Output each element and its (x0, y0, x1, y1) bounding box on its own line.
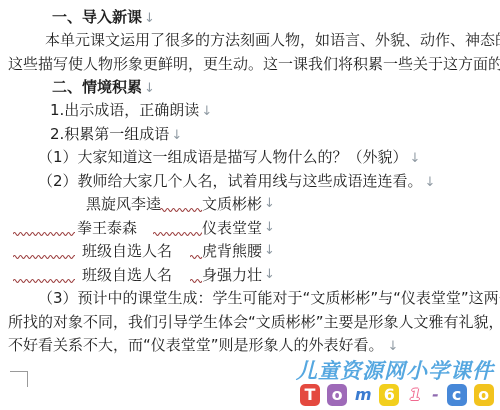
logo-letter-t: T (300, 384, 320, 406)
logo-dot: - (431, 384, 439, 406)
sub-item-3-line-1[interactable]: （3）预计中的课堂生成：学生可能对于“文质彬彬”与“仪表堂堂”这两个成语 (38, 289, 500, 307)
intro-paragraph-line-2[interactable]: 这些描写使人物形象更鲜明，更生动。这一课我们将积累一些关于这方面的成语。↓ (8, 55, 500, 75)
match-name: 拳王泰森 (77, 219, 137, 237)
paragraph-mark-icon: ↓ (144, 81, 155, 96)
heading-2-text: 二、情境积累 (52, 78, 142, 96)
section-heading-2[interactable]: 二、情境积累↓ (52, 78, 155, 98)
paragraph-mark-icon: ↓ (425, 175, 436, 190)
match-idiom: 身强力壮 (202, 266, 262, 284)
match-row-1[interactable]: 黑旋风李逵 文质彬彬 ↓ (0, 195, 500, 214)
match-idiom: 仪表堂堂 (202, 219, 262, 237)
sub-item-3-line-3[interactable]: 不好看关系不大，而“仪表堂堂”则是形象人的外表好看。↓ (8, 336, 398, 356)
paragraph-mark-icon: ↓ (171, 128, 182, 143)
watermark-logo: T o m 6 1 - c o m (300, 384, 500, 407)
match-name: 班级自选人名 (82, 266, 172, 284)
spellcheck-wavy-underline (13, 277, 75, 283)
sub-item-3-line-2[interactable]: 所找的对象不同，我们引导学生体会“文质彬彬”主要是形象人文雅有礼貌，与外貌好 (8, 313, 500, 331)
logo-letter-o1: o (327, 384, 347, 406)
paragraph-mark-icon: ↓ (388, 339, 399, 354)
paragraph-mark-icon: ↓ (264, 195, 275, 213)
body-text: （3）预计中的课堂生成：学生可能对于“文质彬彬”与“仪表堂堂”这两个成语 (38, 289, 500, 307)
logo-digit-1: 1 (406, 384, 424, 406)
match-row-2[interactable]: 拳王泰森 仪表堂堂 ↓ (0, 219, 500, 238)
logo-letter-c: c (447, 384, 467, 406)
intro-paragraph-line-1[interactable]: 本单元课文运用了很多的方法刻画人物，如语言、外貌、动作、神态的描写，通过 (45, 31, 500, 49)
match-idiom: 文质彬彬 (202, 195, 262, 213)
paragraph-mark-icon: ↓ (201, 104, 212, 119)
spellcheck-wavy-underline (190, 277, 202, 283)
body-text: 本单元课文运用了很多的方法刻画人物，如语言、外貌、动作、神态的描写，通过 (45, 31, 500, 49)
spellcheck-wavy-underline (13, 253, 75, 259)
watermark-site-name: 儿童资源网小学课件 (296, 355, 494, 385)
logo-digit-6: 6 (379, 384, 399, 406)
paragraph-mark-icon: ↓ (264, 242, 275, 260)
logo-letter-m1: m (354, 384, 372, 406)
section-heading-1[interactable]: 一、导入新课↓ (52, 8, 155, 28)
match-row-4[interactable]: 班级自选人名 身强力壮 ↓ (0, 266, 500, 285)
body-text: 1.出示成语，正确朗读 (50, 101, 199, 119)
match-row-3[interactable]: 班级自选人名 虎背熊腰 ↓ (0, 242, 500, 261)
document-page[interactable]: 一、导入新课↓ 本单元课文运用了很多的方法刻画人物，如语言、外貌、动作、神态的描… (0, 0, 500, 410)
body-text: 2.积累第一组成语 (50, 125, 169, 143)
heading-1-text: 一、导入新课 (52, 8, 142, 26)
body-text: （2）教师给大家几个人名，试着用线与这些成语连连看。 (38, 172, 423, 190)
text-boundary-corner-mark (10, 371, 28, 387)
body-text: 不好看关系不大，而“仪表堂堂”则是形象人的外表好看。 (8, 336, 384, 354)
paragraph-mark-icon: ↓ (410, 151, 421, 166)
paragraph-mark-icon: ↓ (264, 219, 275, 237)
spellcheck-wavy-underline (160, 206, 202, 212)
match-name: 班级自选人名 (82, 242, 172, 260)
match-idiom: 虎背熊腰 (202, 242, 262, 260)
paragraph-mark-icon: ↓ (144, 11, 155, 26)
spellcheck-wavy-underline (13, 230, 75, 236)
spellcheck-wavy-underline (190, 253, 202, 259)
logo-letter-o2: o (474, 384, 494, 406)
sub-item-2[interactable]: （2）教师给大家几个人名，试着用线与这些成语连连看。↓ (38, 172, 435, 192)
match-name: 黑旋风李逵 (86, 195, 161, 213)
spellcheck-wavy-underline (153, 230, 202, 236)
sub-item-1[interactable]: （1）大家知道这一组成语是描写人物什么的？（外貌）↓ (38, 148, 420, 168)
body-text: （1）大家知道这一组成语是描写人物什么的？（外貌） (38, 148, 408, 166)
paragraph-mark-icon: ↓ (264, 266, 275, 284)
step-item-1[interactable]: 1.出示成语，正确朗读↓ (50, 101, 212, 121)
body-text: 这些描写使人物形象更鲜明，更生动。这一课我们将积累一些关于这方面的成语。 (8, 55, 500, 73)
body-text: 所找的对象不同，我们引导学生体会“文质彬彬”主要是形象人文雅有礼貌，与外貌好 (8, 313, 500, 331)
step-item-2[interactable]: 2.积累第一组成语↓ (50, 125, 182, 145)
